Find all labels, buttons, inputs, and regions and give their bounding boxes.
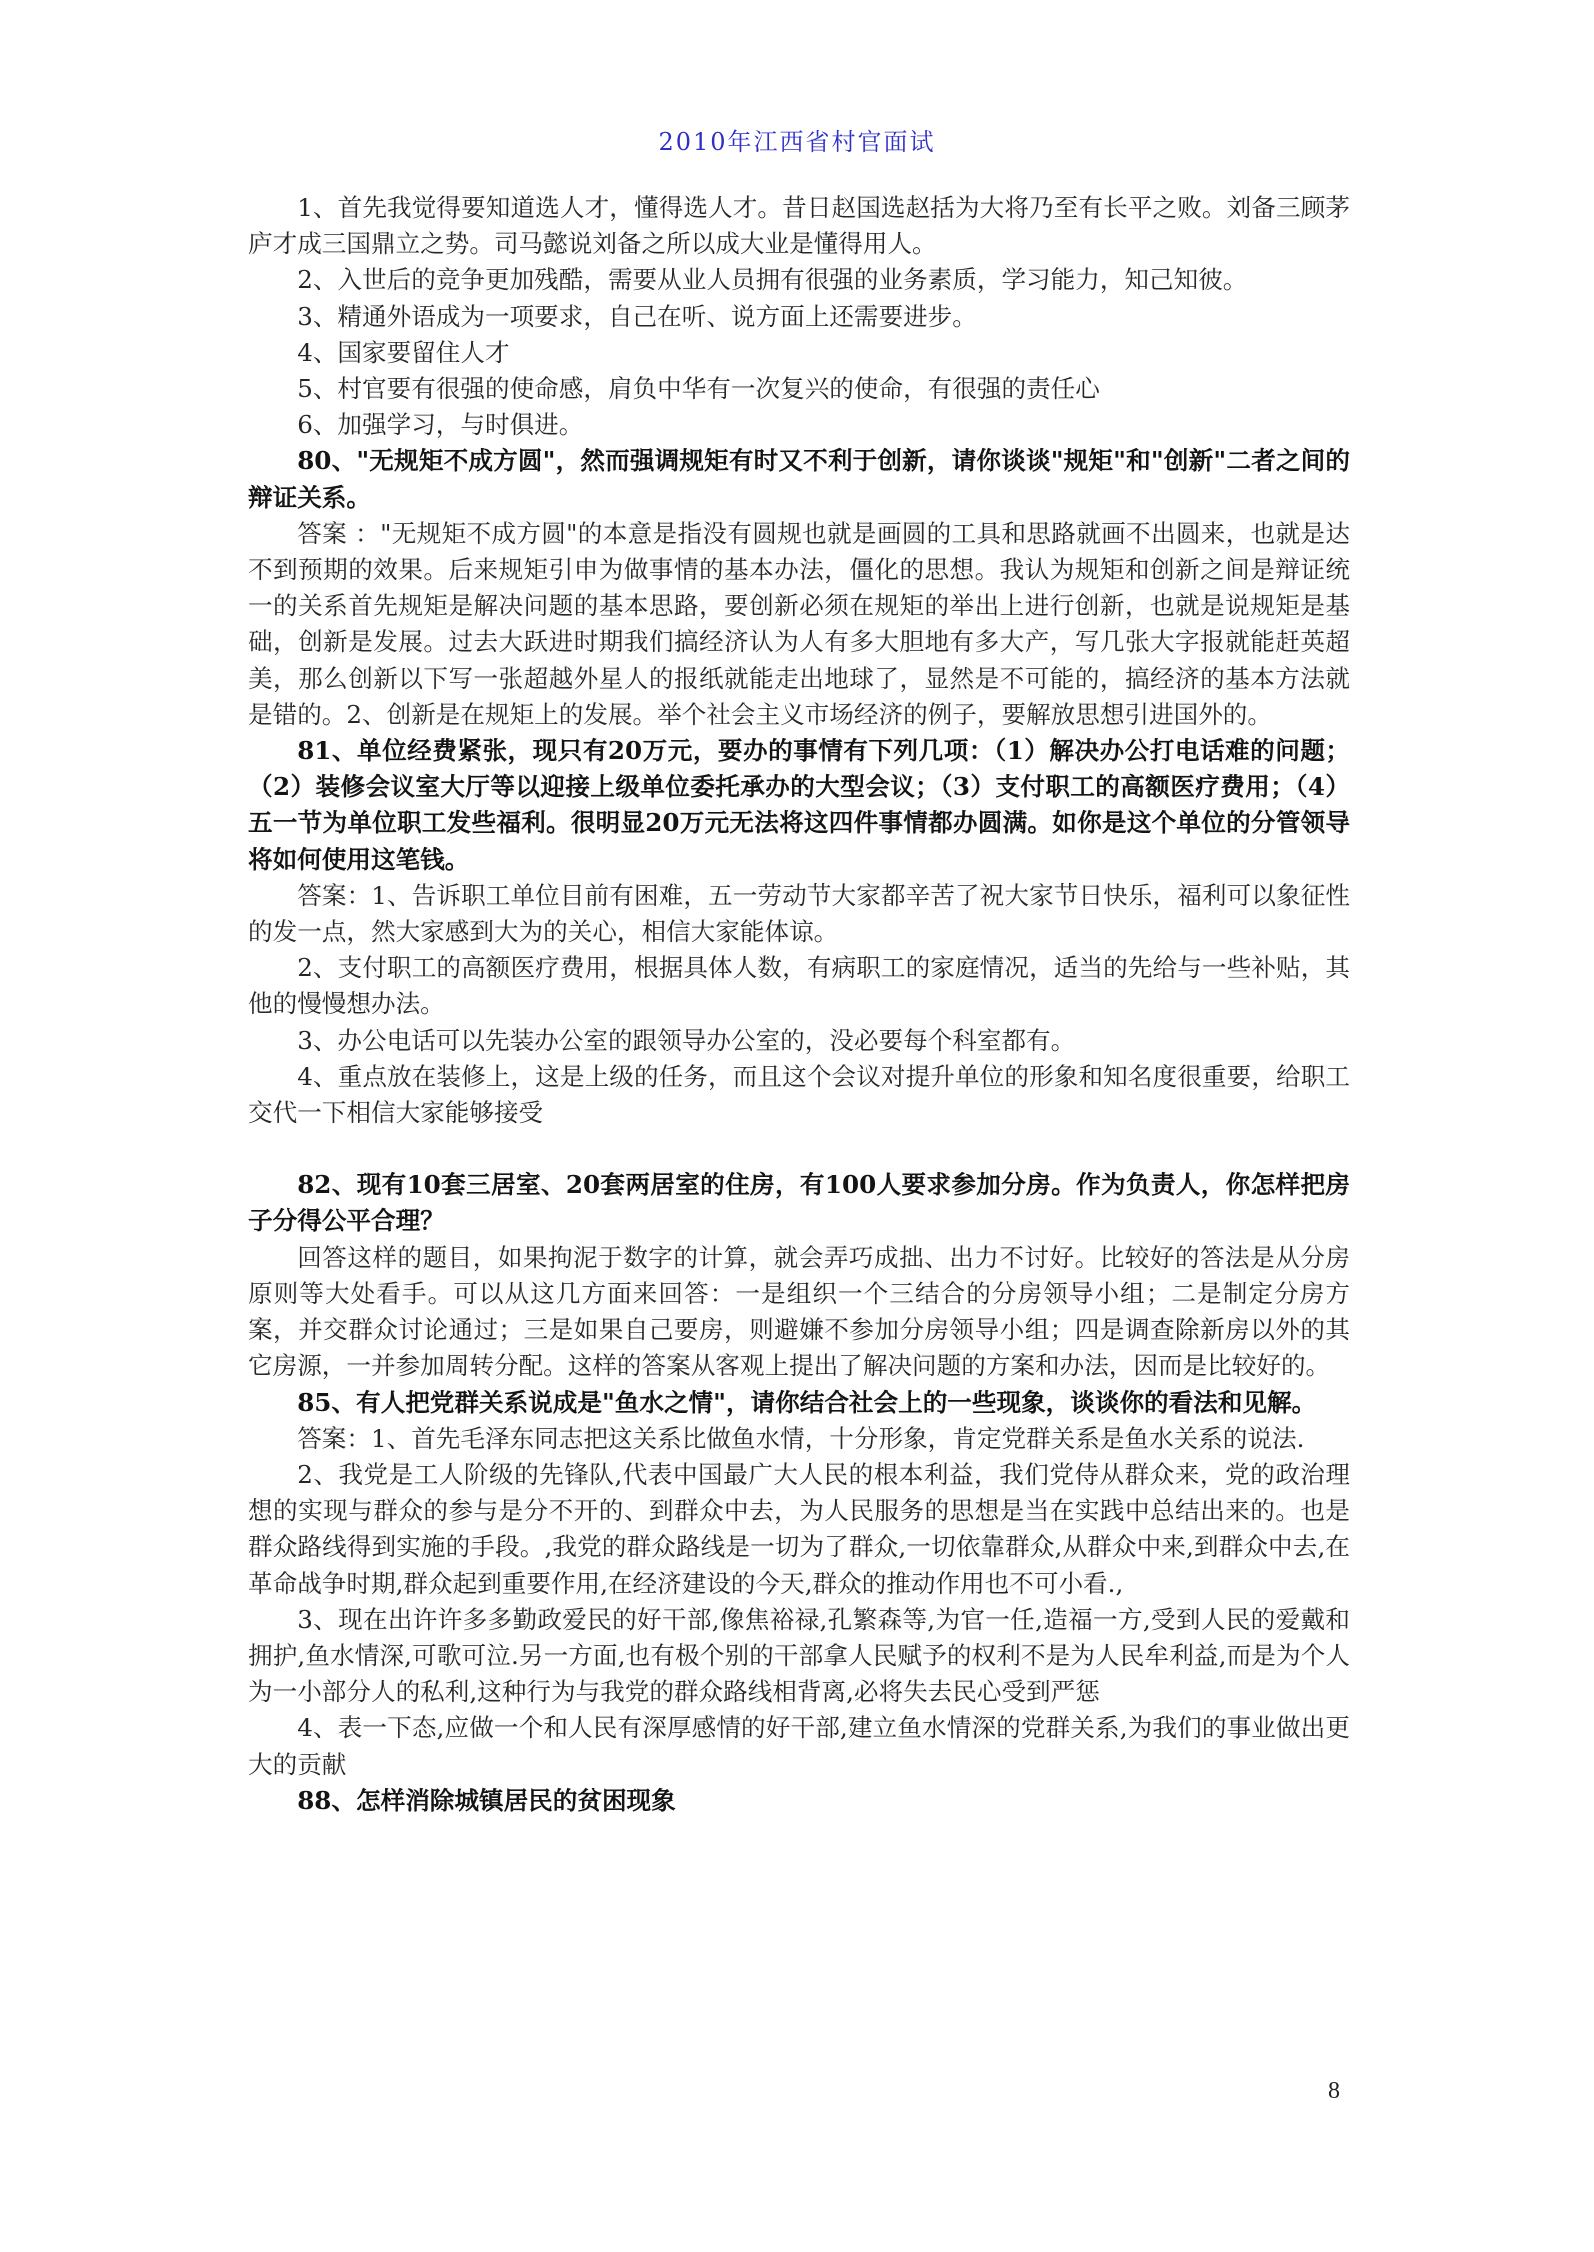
answer-paragraph: 3、办公电话可以先装办公室的跟领导办公室的，没必要每个科室都有。 bbox=[248, 1023, 1350, 1059]
question-80: 80、"无规矩不成方圆"，然而强调规矩有时又不利于创新，请你谈谈"规矩"和"创新… bbox=[248, 443, 1350, 515]
answer-paragraph: 4、表一下态,应做一个和人民有深厚感情的好干部,建立鱼水情深的党群关系,为我们的… bbox=[248, 1710, 1350, 1782]
answer-paragraph: 4、国家要留住人才 bbox=[248, 335, 1350, 371]
question-88: 88、怎样消除城镇居民的贫困现象 bbox=[248, 1783, 1350, 1819]
answer-paragraph: 2、入世后的竞争更加残酷，需要从业人员拥有很强的业务素质，学习能力，知己知彼。 bbox=[248, 262, 1350, 298]
question-81: 81、单位经费紧张，现只有20万元，要办的事情有下列几项：（1）解决办公打电话难… bbox=[248, 733, 1350, 878]
answer-paragraph: 6、加强学习，与时俱进。 bbox=[248, 407, 1350, 443]
answer-paragraph: 4、重点放在装修上，这是上级的任务，而且这个会议对提升单位的形象和知名度很重要，… bbox=[248, 1059, 1350, 1131]
answer-paragraph: 1、首先我觉得要知道选人才，懂得选人才。昔日赵国选赵括为大将乃至有长平之败。刘备… bbox=[248, 190, 1350, 262]
answer-paragraph: 答案：1、首先毛泽东同志把这关系比做鱼水情，十分形象，肯定党群关系是鱼水关系的说… bbox=[248, 1421, 1350, 1457]
page-number: 8 bbox=[1328, 2078, 1340, 2105]
answer-paragraph: 答案：1、告诉职工单位目前有困难，五一劳动节大家都辛苦了祝大家节日快乐，福利可以… bbox=[248, 878, 1350, 950]
answer-paragraph: 2、我党是工人阶级的先锋队,代表中国最广大人民的根本利益，我们党侍从群众来，党的… bbox=[248, 1457, 1350, 1602]
answer-paragraph: 2、支付职工的高额医疗费用，根据具体人数，有病职工的家庭情况，适当的先给与一些补… bbox=[248, 950, 1350, 1022]
answer-paragraph: 3、精通外语成为一项要求，自己在听、说方面上还需要进步。 bbox=[248, 299, 1350, 335]
answer-paragraph: 答案 ："无规矩不成方圆"的本意是指没有圆规也就是画圆的工具和思路就画不出圆来，… bbox=[248, 516, 1350, 733]
answer-paragraph: 5、村官要有很强的使命感，肩负中华有一次复兴的使命，有很强的责任心 bbox=[248, 371, 1350, 407]
answer-paragraph: 3、现在出许许多多勤政爱民的好干部,像焦裕禄,孔繁森等,为官一任,造福一方,受到… bbox=[248, 1602, 1350, 1711]
document-body: 1、首先我觉得要知道选人才，懂得选人才。昔日赵国选赵括为大将乃至有长平之败。刘备… bbox=[248, 190, 1350, 1819]
question-82: 82、现有10套三居室、20套两居室的住房，有100人要求参加分房。作为负责人，… bbox=[248, 1167, 1350, 1239]
page-title: 2010年江西省村官面试 bbox=[0, 122, 1594, 157]
question-85: 85、有人把党群关系说成是"鱼水之情"，请你结合社会上的一些现象，谈谈你的看法和… bbox=[248, 1385, 1350, 1421]
answer-paragraph: 回答这样的题目，如果拘泥于数字的计算，就会弄巧成拙、出力不讨好。比较好的答法是从… bbox=[248, 1240, 1350, 1385]
